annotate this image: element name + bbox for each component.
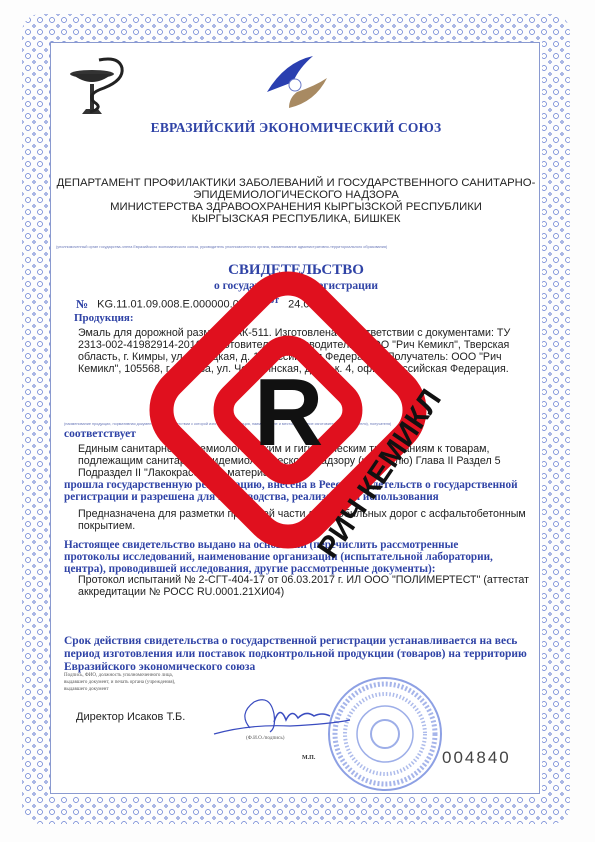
registration-statement: прошла государственную регистрацию, внес…	[64, 479, 518, 503]
certificate-subtitle: о государственной регистрации	[50, 280, 542, 292]
number-sign: №	[76, 297, 88, 311]
validity-statement: Срок действия свидетельства о государств…	[64, 635, 527, 674]
eaeu-emblem-icon	[255, 52, 335, 112]
product-line: Кемикл", 105568, г. Москва, ул. Челябинс…	[78, 363, 510, 375]
certificate-document: ЕВРАЗИЙСКИЙ ЭКОНОМИЧЕСКИЙ СОЮЗ ДЕПАРТАМЕ…	[50, 42, 542, 796]
product-line: область, г. Кимры, ул. Троицкая, д. 1, Р…	[78, 351, 510, 363]
signature-note-line: выдавшего документ, и печать органа (учр…	[64, 679, 175, 686]
conformity-text: Единым санитарно-эпидемиологическим и ги…	[78, 443, 501, 479]
certificate-number: KG.11.01.09.008.E.000000.03.17	[97, 299, 260, 311]
conformity-line: Подраздел II "Лакокрасочные материалы"	[78, 467, 501, 479]
basis-heading-line: протоколы исследований, наименование орг…	[64, 551, 493, 563]
certificate-number-row: № KG.11.01.09.008.E.000000.03.17 от 24.0…	[76, 295, 340, 312]
union-title: ЕВРАЗИЙСКИЙ ЭКОНОМИЧЕСКИЙ СОЮЗ	[50, 120, 542, 136]
purpose-text: Предназначена для разметки проезжей част…	[78, 508, 526, 532]
conformity-label: соответствует	[64, 428, 136, 440]
product-line: Эмаль для дорожной разметки АК-511. Изго…	[78, 327, 510, 339]
product-description: Эмаль для дорожной разметки АК-511. Изго…	[78, 327, 510, 375]
basis-line: Протокол испытаний № 2-СГТ-404-17 от 06.…	[78, 574, 529, 586]
department-line: ДЕПАРТАМЕНТ ПРОФИЛАКТИКИ ЗАБОЛЕВАНИЙ И Г…	[50, 177, 542, 189]
bowl-of-hygieia-icon	[64, 54, 134, 124]
date-prefix: от	[269, 295, 279, 306]
purpose-line: Предназначена для разметки проезжей част…	[78, 508, 526, 520]
purpose-line: покрытием.	[78, 520, 526, 532]
serial-number: 004840	[442, 748, 511, 768]
product-line: 2313-002-41982914-2016. Изготовитель (пр…	[78, 339, 510, 351]
registration-line: прошла государственную регистрацию, внес…	[64, 479, 518, 491]
conformity-line: подлежащим санитарно-эпидемиологическому…	[78, 455, 501, 467]
department-name: ДЕПАРТАМЕНТ ПРОФИЛАКТИКИ ЗАБОЛЕВАНИЙ И Г…	[50, 177, 542, 225]
department-line: МИНИСТЕРСТВА ЗДРАВООХРАНЕНИЯ КЫРГЫЗСКОЙ …	[50, 201, 542, 213]
director-name: Директор Исаков Т.Б.	[76, 711, 185, 723]
basis-heading-line: Настоящее свидетельство выдано на основа…	[64, 539, 493, 551]
validity-line: период изготовления или поставок подконт…	[64, 648, 527, 661]
stamp-label: М.П.	[302, 755, 315, 761]
conformity-line: Единым санитарно-эпидемиологическим и ги…	[78, 443, 501, 455]
certificate-date: 24.03.17 г.	[288, 299, 340, 311]
signature-icon	[210, 694, 360, 739]
signature-note-line: выдавшего документ	[64, 686, 175, 693]
signature-note-line: Подпись, ФИО, должность уполномоченного …	[64, 672, 175, 679]
signature-note: Подпись, ФИО, должность уполномоченного …	[64, 672, 175, 693]
basis-heading: Настоящее свидетельство выдано на основа…	[64, 539, 493, 575]
product-label: Продукция:	[74, 312, 134, 324]
basis-text: Протокол испытаний № 2-СГТ-404-17 от 06.…	[78, 574, 529, 598]
registration-line: регистрации и разрешена для производства…	[64, 491, 518, 503]
certificate-title: СВИДЕТЕЛЬСТВО	[50, 262, 542, 279]
product-caption: (наименование продукции, нормативная док…	[64, 422, 391, 426]
validity-line: Срок действия свидетельства о государств…	[64, 635, 527, 648]
department-line: КЫРГЫЗСКАЯ РЕСПУБЛИКА, БИШКЕК	[50, 213, 542, 225]
authority-caption: (уполномоченный орган государства-члена …	[56, 245, 387, 249]
basis-line: аккредитации № РОСС RU.0001.21ХИ04)	[78, 586, 529, 598]
fio-caption: (Ф.И.О./подпись)	[246, 735, 284, 741]
department-line: ЭПИДЕМИОЛОГИЧЕСКОГО НАДЗОРА	[50, 189, 542, 201]
